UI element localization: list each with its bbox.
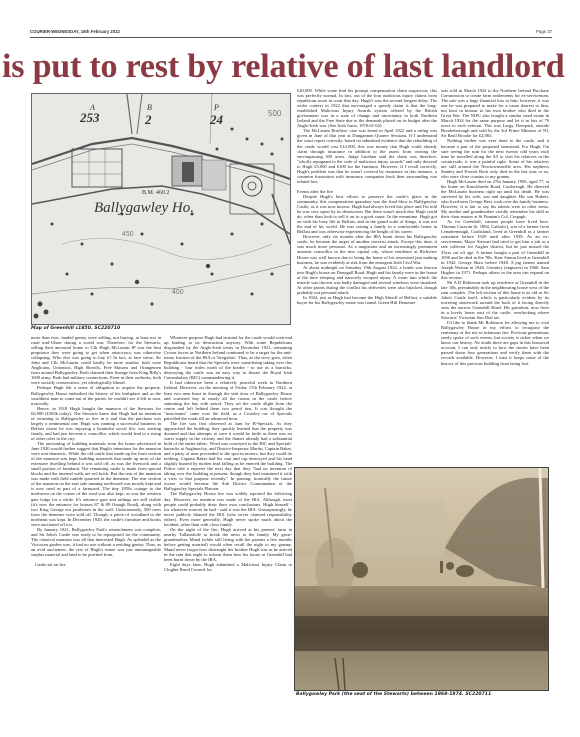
paragraph: On the night of the fire, Hugh arrived a… [164, 527, 292, 562]
article-column-2: Whatever purpose Hugh had in mind for th… [164, 335, 292, 572]
paragraph: was sold in March 1924 to the Northern I… [441, 88, 549, 138]
paragraph: The fire was first observed at 3am by B-… [164, 421, 292, 492]
svg-text:450: 450 [122, 231, 134, 238]
paragraph: In 1924, just as Hugh had become the Hig… [297, 295, 437, 305]
paragraph: At about midnight on Saturday 19th Augus… [297, 265, 437, 295]
svg-text:500: 500 [268, 109, 282, 118]
map-image: A 253 B 2 P 24 500 B.M. 460.2 Ballygawle… [31, 93, 291, 325]
svg-text:P: P [213, 103, 219, 112]
paragraph: Whatever purpose Hugh had in mind for th… [164, 335, 292, 380]
map-caption: Map of Greenhill c1850. SC220710 [31, 326, 120, 331]
svg-text:253: 253 [79, 110, 100, 125]
article-column-3: £20,000. While some find his prompt comp… [297, 88, 437, 305]
paragraph: Perhaps Hugh felt a sense of obligation … [31, 385, 161, 405]
historic-photo [294, 467, 549, 691]
paragraph: Despite Hugh's best efforts to preserve … [297, 194, 437, 234]
paragraph: As for Greenhill, various people have li… [441, 219, 549, 280]
paragraph: The auctioning of building materials fro… [31, 441, 161, 527]
paragraph: £20,000. While some find his prompt comp… [297, 88, 437, 128]
page-header: COURIER-WEDNESDAY, 16th February 2022 Pa… [30, 27, 552, 38]
paragraph: The Ballygawley House fire was widely re… [164, 491, 292, 526]
paragraph: Hence, in 1918 Hugh bought the mansion o… [31, 406, 161, 441]
article-column-1: more than ever, landed gentry were selli… [31, 335, 161, 567]
page-number: Page 37 [536, 29, 552, 34]
paragraph: By January 1921, Ballygawley Park's retr… [31, 527, 161, 557]
svg-text:Ballygawley Ho.: Ballygawley Ho. [94, 200, 194, 216]
paragraph: The McLaurin Brothers' case was heard in… [297, 128, 437, 184]
svg-text:B.M. 460.2: B.M. 460.2 [142, 190, 169, 196]
svg-text:24: 24 [209, 112, 224, 127]
svg-text:2: 2 [144, 112, 152, 127]
paragraph: Eight days later, Hugh submitted a Malic… [164, 562, 292, 572]
svg-text:400: 400 [172, 289, 184, 296]
subheading: Castle set on fire [31, 562, 161, 567]
paragraph: I'd like to thank Mr Robinson for allowi… [441, 320, 549, 365]
svg-text:B: B [147, 103, 152, 112]
paragraph: more than ever, landed gentry were selli… [31, 335, 161, 385]
headline: is put to rest by relative of last landl… [2, 47, 580, 87]
article-column-4: was sold in March 1924 to the Northern I… [441, 88, 549, 366]
photo-illustration-icon [295, 468, 548, 690]
paragraph: Hugh McLaurin died on 27th January 1950,… [441, 179, 549, 219]
map-illustration-icon: A 253 B 2 P 24 500 B.M. 460.2 Ballygawle… [32, 94, 290, 324]
photo-caption: Ballygawley Park (the seat of the Stewar… [296, 692, 491, 697]
paragraph: Mr A D Robinson took up residence at Gre… [441, 280, 549, 320]
paragraph: Nothing further was ever done to the cas… [441, 138, 549, 178]
publication-date: COURIER-WEDNESDAY, 16th February 2022 [30, 29, 120, 34]
paragraph: It had otherwise been a relatively peace… [164, 380, 292, 420]
paragraph: However, only six months after the IRA b… [297, 234, 437, 264]
